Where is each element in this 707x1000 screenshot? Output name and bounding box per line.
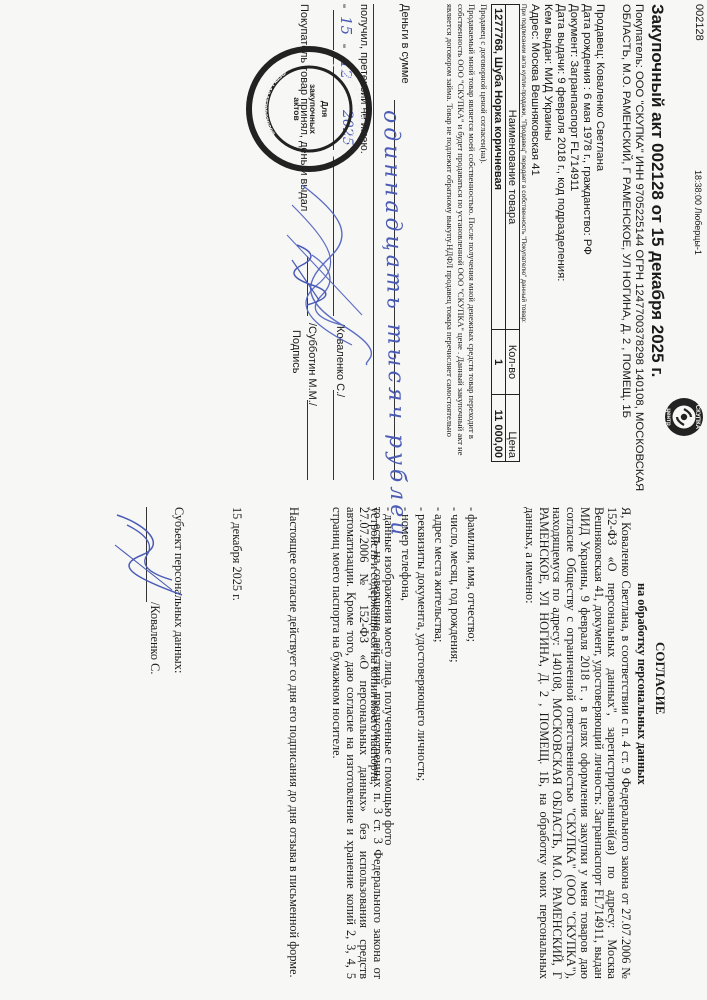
consent-body: Я, Коваленко Светлана, в соответствии с … (522, 507, 632, 979)
buyer-info: Покупатель: ООО "СКУПКА" ИНН 9705225144 … (619, 4, 645, 504)
svg-text:СКУПКА: СКУПКА (694, 405, 700, 430)
handwritten-amount: одиннадцать тысяч рублей (378, 110, 410, 540)
seller-id-document: Документ: Загранпаспорт FL714911 (567, 4, 580, 191)
company-logo-stamp-icon: СКУПКА центр (663, 396, 705, 438)
header-item-name: Наименование товара (506, 5, 520, 330)
list-item: - адрес места жительства; (430, 507, 447, 979)
svg-text:актов: актов (292, 97, 302, 120)
item-name: 1277768, Шуба Норка коричневая (492, 5, 506, 330)
act-title: Закупочный акт 002128 от 15 декабря 2025… (647, 4, 667, 377)
svg-text:закупочных: закупочных (308, 84, 318, 134)
svg-text:Для: Для (320, 101, 330, 117)
date-quote-open: " (335, 4, 347, 8)
seller-signature-name: /Коваленко С./ (334, 323, 346, 397)
svg-text:центр: центр (665, 408, 671, 426)
table-row: 1277768, Шуба Норка коричневая 1 11 000,… (492, 5, 506, 462)
subject-label: Субъект персональных данных: (171, 507, 186, 673)
ownership-terms-text: Продаваемый мной товар является моей соб… (444, 4, 477, 474)
list-item: - фамилия, имя, отчество; (463, 507, 480, 979)
consent-validity: Настоящее согласие действует со дня его … (286, 507, 301, 979)
consent-date: 15 декабря 2025 г. (229, 507, 244, 601)
seller-signature-line-2 (333, 236, 334, 316)
consent-title: СОГЛАСИЕ (653, 642, 667, 714)
document-number: 002128 (693, 4, 705, 41)
seller-signature-line-3 (333, 390, 334, 480)
scanned-page: 002128 18:38:00 Люберцы-1 Закупочный акт… (0, 0, 707, 1000)
time-and-place: 18:38:00 Люберцы-1 (693, 170, 703, 255)
buyer-signature-line (307, 256, 308, 316)
seller-birth-date: Дата рождения : 6 мая 1978 г., гражданст… (580, 4, 593, 255)
goods-table: Наименование товара Кол-во Цена 1277768,… (491, 4, 520, 462)
list-item: - реквизиты документа, удостоверяющего л… (413, 507, 430, 979)
header-quantity: Кол-во (506, 330, 520, 395)
subject-signature-line (146, 507, 147, 602)
document-issuer: Кем выдан: МИД Украины (541, 4, 554, 140)
list-item: - число, месяц, год рождения; (446, 507, 463, 979)
item-price: 11 000,00 (492, 395, 506, 462)
svg-text:ОГРН 1247700378298: ОГРН 1247700378298 (260, 68, 288, 138)
document-issue-date: Дата выдачи: 9 февраля 2018 г., код подр… (554, 4, 567, 281)
item-quantity: 1 (492, 330, 506, 395)
handwritten-day: 15 (337, 16, 355, 35)
subject-signature-name: /Коваленко С. (147, 602, 162, 674)
consent-data-list: - фамилия, имя, отчество; - число, месяц… (369, 507, 480, 979)
list-item: - номер телефона, (397, 507, 414, 979)
transfer-note: При подписании акта купли-продажи, "Прод… (520, 4, 527, 323)
seller-name: Продавец: Коваленко Светлана (593, 4, 606, 171)
buyer-signature-name: /Субботин М.М./ (306, 323, 318, 406)
signature-caption: Подпись (290, 330, 302, 374)
price-agreement-text: Продавец с договорной ценой согласен(на)… (478, 4, 489, 474)
header-price: Цена (506, 395, 520, 462)
company-round-stamp-icon: ООО «СКУПКА» ИНН 9705225144 ОГРН 1247700… (244, 44, 374, 174)
consent-subtitle: на обработку персональных данных (635, 583, 649, 785)
seller-address: Адрес: Москва Вешняковская 41 (528, 4, 541, 176)
consent-tail: то есть на совершение действий, предусмо… (330, 507, 384, 979)
goods-table-header: Наименование товара Кол-во Цена (506, 5, 520, 462)
buyer-signature-line-2 (307, 400, 308, 480)
money-amount-label: Деньги в сумме (399, 4, 411, 84)
